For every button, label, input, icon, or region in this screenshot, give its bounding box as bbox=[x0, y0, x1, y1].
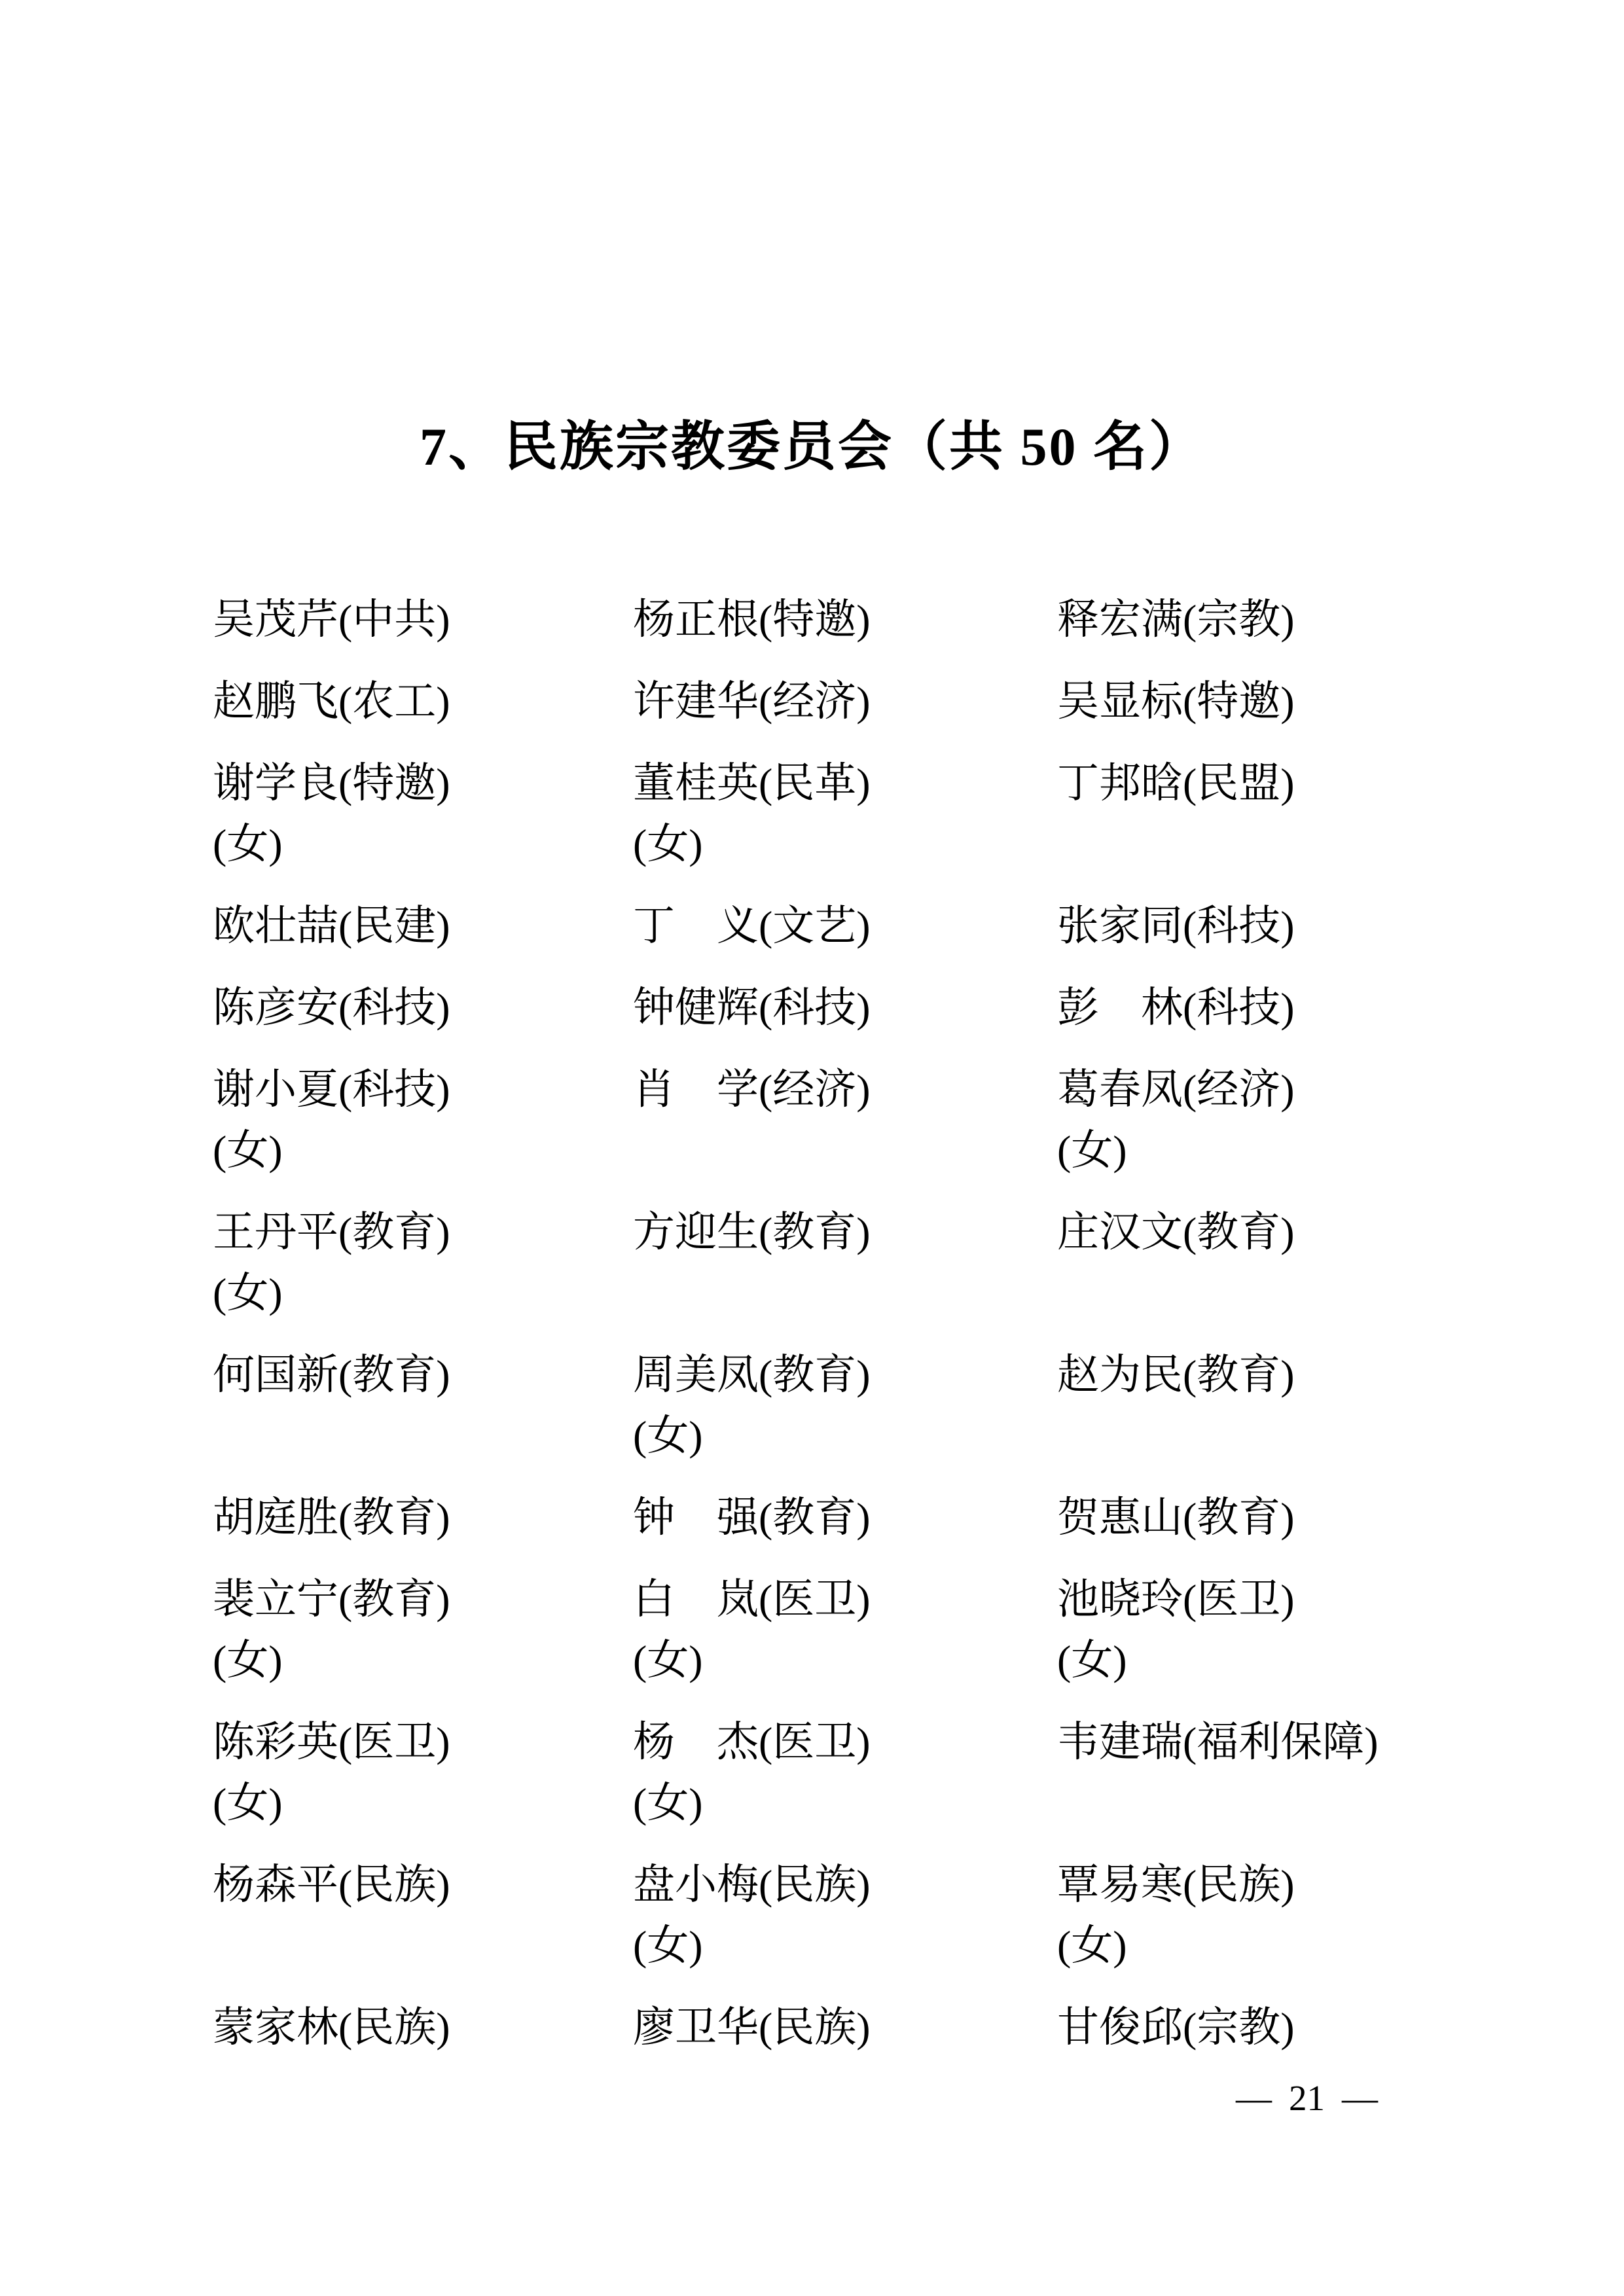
member-name-line: 裴立宁(教育) bbox=[213, 1569, 633, 1630]
document-page: 7、民族宗教委员会（共 50 名） 吴茂芹(中共)杨正根(特邀)释宏满(宗教)赵… bbox=[0, 0, 1624, 2296]
member-name-line: 钟健辉(科技) bbox=[633, 977, 1057, 1038]
member-female-marker: (女) bbox=[633, 1630, 1057, 1691]
member-name-line: 杨正根(特邀) bbox=[633, 589, 1057, 650]
member-name-line: 甘俊邱(宗教) bbox=[1057, 1997, 1528, 2058]
member-female-marker: (女) bbox=[1057, 1915, 1528, 1976]
member-name-line: 王丹平(教育) bbox=[213, 1202, 633, 1263]
member-name-line: 吴茂芹(中共) bbox=[213, 589, 633, 650]
member-entry: 甘俊邱(宗教) bbox=[1057, 1997, 1528, 2058]
member-entry: 白 岚(医卫)(女) bbox=[633, 1569, 1057, 1691]
members-list: 吴茂芹(中共)杨正根(特邀)释宏满(宗教)赵鹏飞(农工)许建华(经济)吴显标(特… bbox=[213, 589, 1624, 2058]
member-entry: 董桂英(民革)(女) bbox=[633, 753, 1057, 874]
page-footer: —21— bbox=[0, 2075, 1624, 2122]
member-female-marker: (女) bbox=[1057, 1120, 1528, 1181]
member-name-line: 陈彩英(医卫) bbox=[213, 1712, 633, 1772]
member-name-line: 许建华(经济) bbox=[633, 671, 1057, 732]
member-name-line: 陈彦安(科技) bbox=[213, 977, 633, 1038]
member-name-line: 池晓玲(医卫) bbox=[1057, 1569, 1528, 1630]
page-number: 21 bbox=[1289, 2078, 1325, 2118]
member-name-line: 赵为民(教育) bbox=[1057, 1344, 1528, 1405]
member-female-marker: (女) bbox=[1057, 1630, 1528, 1691]
member-name-line: 覃易寒(民族) bbox=[1057, 1854, 1528, 1915]
member-entry: 胡庭胜(教育) bbox=[213, 1487, 633, 1548]
member-name-line: 方迎生(教育) bbox=[633, 1202, 1057, 1263]
member-name-line: 胡庭胜(教育) bbox=[213, 1487, 633, 1548]
member-entry: 陈彩英(医卫)(女) bbox=[213, 1712, 633, 1833]
member-entry: 谢学良(特邀)(女) bbox=[213, 753, 633, 874]
member-entry: 欧壮喆(民建) bbox=[213, 895, 633, 956]
member-entry: 丁 义(文艺) bbox=[633, 895, 1057, 956]
member-name-line: 白 岚(医卫) bbox=[633, 1569, 1057, 1630]
member-entry: 庄汉文(教育) bbox=[1057, 1202, 1528, 1323]
member-name-line: 何国新(教育) bbox=[213, 1344, 633, 1405]
member-name-line: 杨 杰(医卫) bbox=[633, 1712, 1057, 1772]
member-entry: 许建华(经济) bbox=[633, 671, 1057, 732]
member-entry: 丁邦晗(民盟) bbox=[1057, 753, 1528, 874]
member-entry: 赵为民(教育) bbox=[1057, 1344, 1528, 1466]
member-name-line: 葛春凤(经济) bbox=[1057, 1059, 1528, 1120]
member-female-marker: (女) bbox=[633, 1405, 1057, 1466]
page-title: 7、民族宗教委员会（共 50 名） bbox=[0, 0, 1624, 474]
member-entry: 池晓玲(医卫)(女) bbox=[1057, 1569, 1528, 1691]
member-name-line: 谢学良(特邀) bbox=[213, 753, 633, 814]
member-entry: 杨森平(民族) bbox=[213, 1854, 633, 1976]
member-name-line: 丁邦晗(民盟) bbox=[1057, 753, 1528, 814]
member-entry: 廖卫华(民族) bbox=[633, 1997, 1057, 2058]
member-entry: 贺惠山(教育) bbox=[1057, 1487, 1528, 1548]
member-name-line: 盘小梅(民族) bbox=[633, 1854, 1057, 1915]
member-entry: 彭 林(科技) bbox=[1057, 977, 1528, 1038]
member-name-line: 廖卫华(民族) bbox=[633, 1997, 1057, 2058]
member-name-line: 周美凤(教育) bbox=[633, 1344, 1057, 1405]
member-name-line: 彭 林(科技) bbox=[1057, 977, 1528, 1038]
member-entry: 赵鹏飞(农工) bbox=[213, 671, 633, 732]
member-name-line: 赵鹏飞(农工) bbox=[213, 671, 633, 732]
member-entry: 肖 学(经济) bbox=[633, 1059, 1057, 1181]
member-entry: 周美凤(教育)(女) bbox=[633, 1344, 1057, 1466]
footer-dash-left: — bbox=[1236, 2078, 1272, 2118]
member-female-marker: (女) bbox=[633, 1915, 1057, 1976]
member-entry: 张家同(科技) bbox=[1057, 895, 1528, 956]
member-name-line: 杨森平(民族) bbox=[213, 1854, 633, 1915]
member-female-marker: (女) bbox=[633, 814, 1057, 874]
member-entry: 钟 强(教育) bbox=[633, 1487, 1057, 1548]
member-female-marker: (女) bbox=[213, 1263, 633, 1323]
member-name-line: 韦建瑞(福利保障) bbox=[1057, 1712, 1528, 1772]
member-entry: 何国新(教育) bbox=[213, 1344, 633, 1466]
member-entry: 杨正根(特邀) bbox=[633, 589, 1057, 650]
member-name-line: 钟 强(教育) bbox=[633, 1487, 1057, 1548]
member-entry: 吴显标(特邀) bbox=[1057, 671, 1528, 732]
member-entry: 王丹平(教育)(女) bbox=[213, 1202, 633, 1323]
member-entry: 方迎生(教育) bbox=[633, 1202, 1057, 1323]
member-name-line: 谢小夏(科技) bbox=[213, 1059, 633, 1120]
member-name-line: 董桂英(民革) bbox=[633, 753, 1057, 814]
member-entry: 谢小夏(科技)(女) bbox=[213, 1059, 633, 1181]
member-name-line: 庄汉文(教育) bbox=[1057, 1202, 1528, 1263]
member-female-marker: (女) bbox=[213, 1120, 633, 1181]
footer-dash-right: — bbox=[1342, 2078, 1378, 2118]
member-entry: 裴立宁(教育)(女) bbox=[213, 1569, 633, 1691]
member-name-line: 吴显标(特邀) bbox=[1057, 671, 1528, 732]
member-entry: 释宏满(宗教) bbox=[1057, 589, 1528, 650]
member-name-line: 张家同(科技) bbox=[1057, 895, 1528, 956]
member-entry: 覃易寒(民族)(女) bbox=[1057, 1854, 1528, 1976]
member-name-line: 肖 学(经济) bbox=[633, 1059, 1057, 1120]
member-female-marker: (女) bbox=[213, 814, 633, 874]
member-name-line: 贺惠山(教育) bbox=[1057, 1487, 1528, 1548]
member-name-line: 释宏满(宗教) bbox=[1057, 589, 1528, 650]
member-female-marker: (女) bbox=[633, 1772, 1057, 1833]
member-entry: 蒙家林(民族) bbox=[213, 1997, 633, 2058]
member-entry: 韦建瑞(福利保障) bbox=[1057, 1712, 1528, 1833]
member-entry: 杨 杰(医卫)(女) bbox=[633, 1712, 1057, 1833]
member-female-marker: (女) bbox=[213, 1630, 633, 1691]
member-entry: 吴茂芹(中共) bbox=[213, 589, 633, 650]
member-entry: 盘小梅(民族)(女) bbox=[633, 1854, 1057, 1976]
member-entry: 钟健辉(科技) bbox=[633, 977, 1057, 1038]
member-name-line: 欧壮喆(民建) bbox=[213, 895, 633, 956]
member-name-line: 丁 义(文艺) bbox=[633, 895, 1057, 956]
member-female-marker: (女) bbox=[213, 1772, 633, 1833]
member-entry: 葛春凤(经济)(女) bbox=[1057, 1059, 1528, 1181]
member-entry: 陈彦安(科技) bbox=[213, 977, 633, 1038]
member-name-line: 蒙家林(民族) bbox=[213, 1997, 633, 2058]
